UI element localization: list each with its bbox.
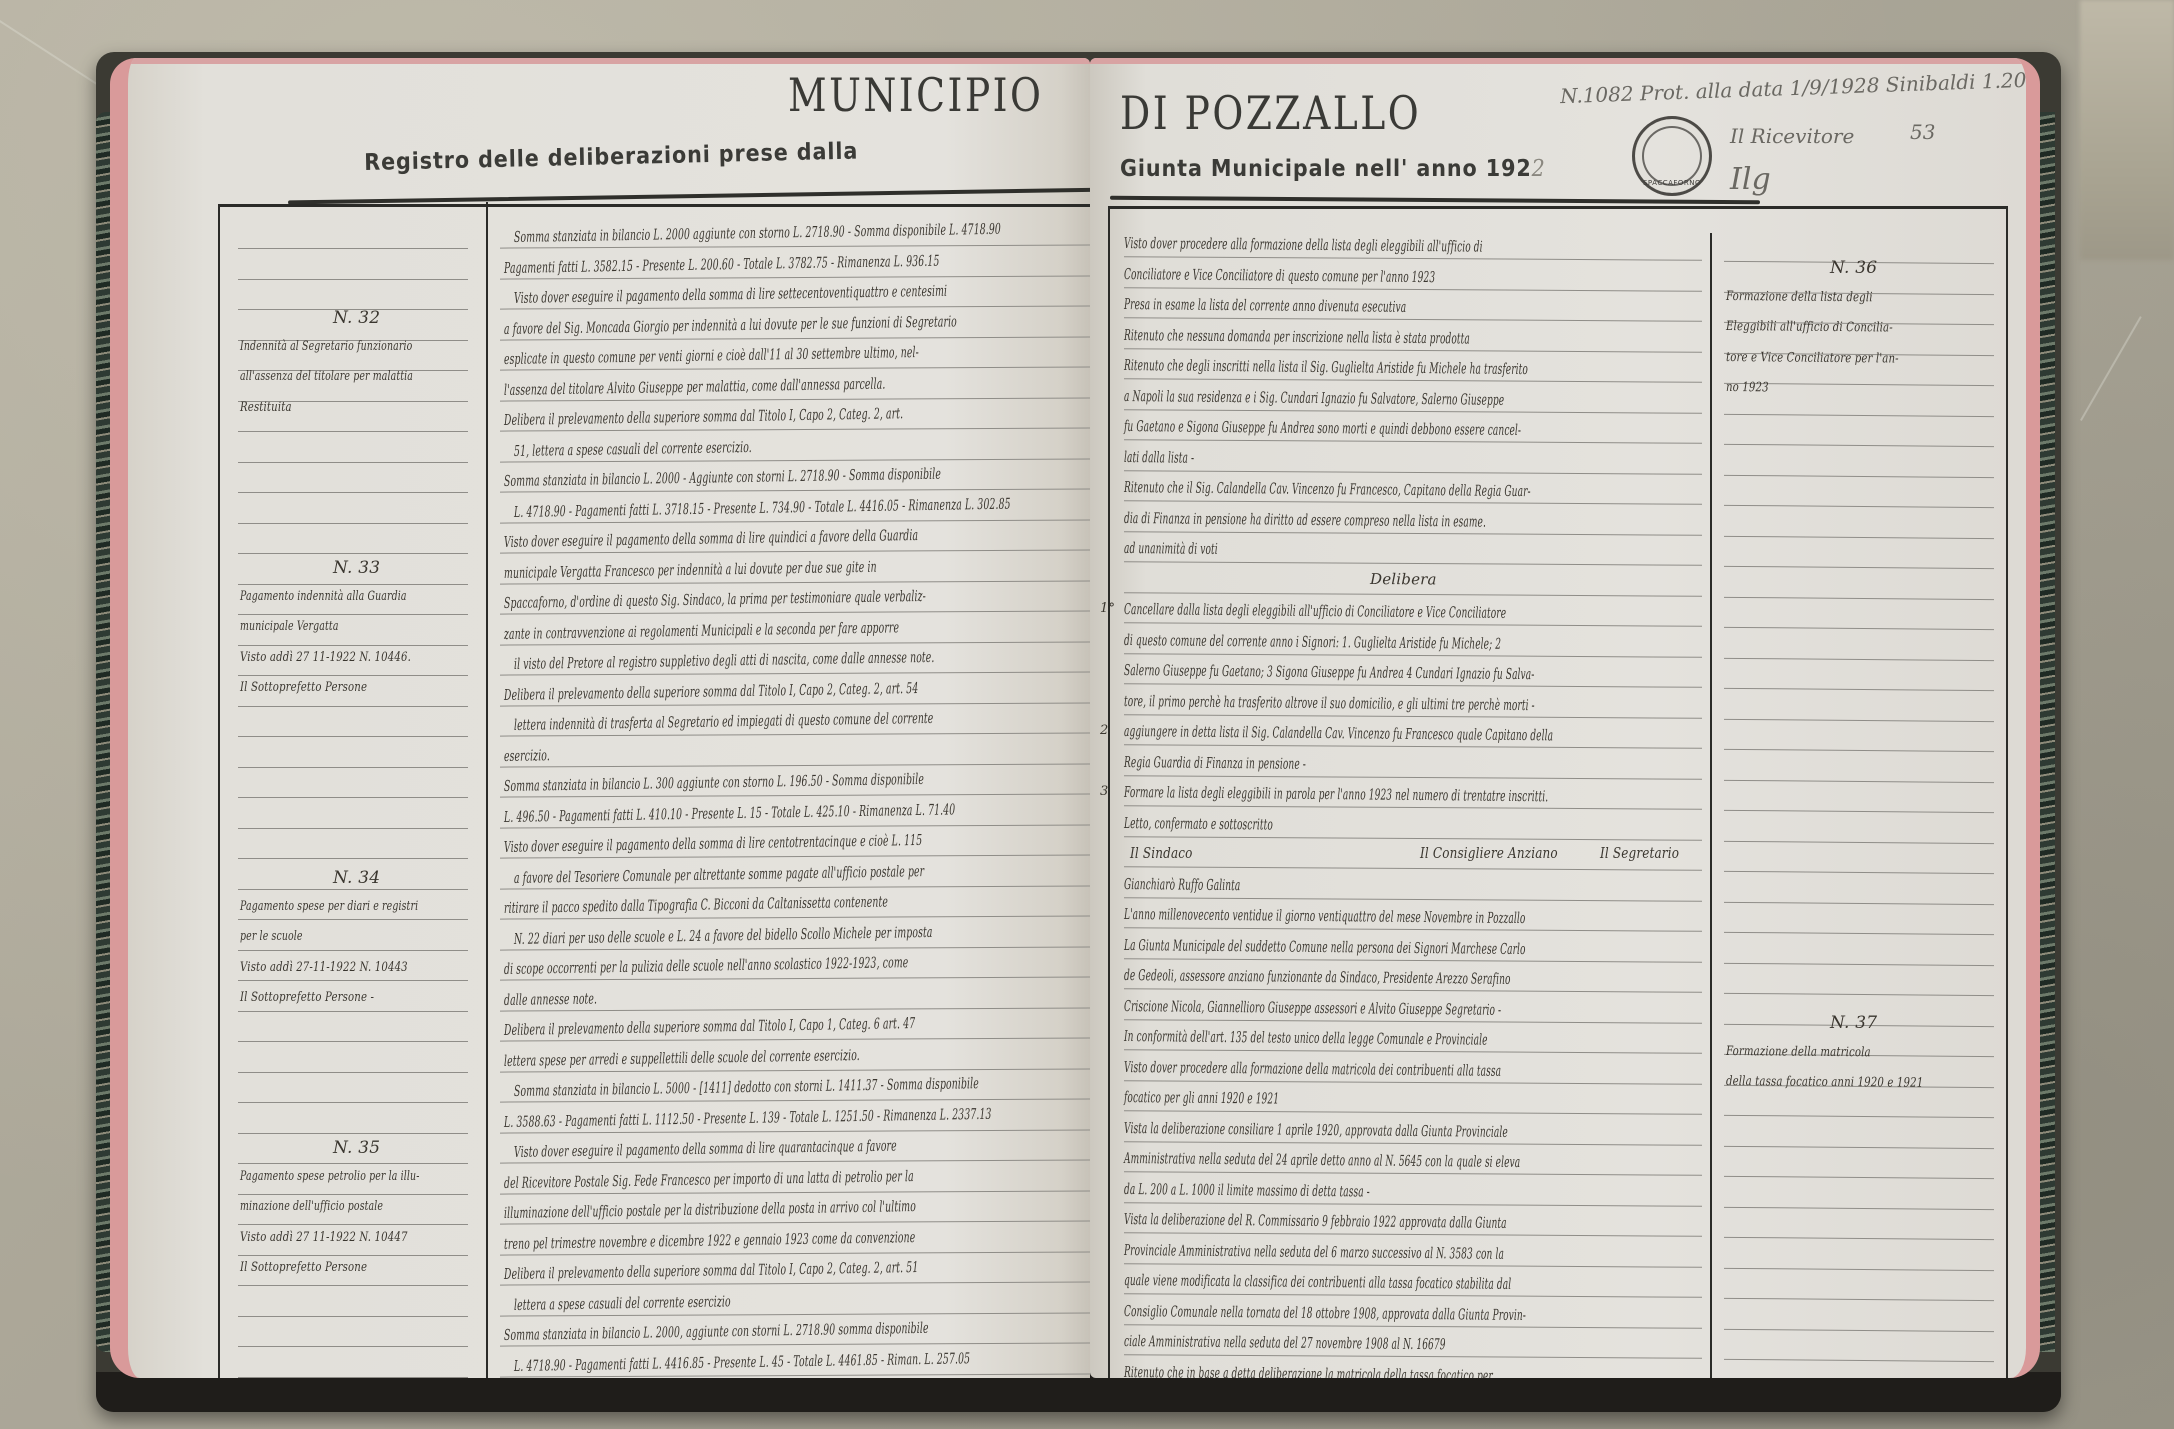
entry-subject: della tassa focatico anni 1920 e 1921 bbox=[1726, 1074, 1923, 1091]
handwritten-line: 51, lettera a spese casuali del corrente… bbox=[514, 437, 752, 459]
handwritten-line: In conformità dell'art. 135 del testo un… bbox=[1124, 1027, 1488, 1049]
entry-subject: Pagamento indennità alla Guardia bbox=[240, 589, 407, 604]
ruled-line bbox=[238, 645, 468, 646]
handwritten-line: La Giunta Municipale del suddetto Comune… bbox=[1124, 936, 1526, 958]
ruled-line bbox=[238, 584, 468, 585]
handwritten-line: Ritenuto che nessuna domanda per inscriz… bbox=[1124, 326, 1470, 348]
ruled-line bbox=[238, 767, 468, 768]
handwritten-line: Letto, confermato e sottoscritto bbox=[1124, 814, 1273, 834]
entry-note: Il Sottoprefetto Persone - bbox=[240, 990, 374, 1005]
ruled-line bbox=[238, 1316, 468, 1317]
header-subtitle-right: Giunta Municipale nell' anno 1922 bbox=[1120, 156, 1546, 182]
handwritten-line: Provinciale Amministrativa nella seduta … bbox=[1124, 1241, 1504, 1263]
handwritten-line: esercizio. bbox=[504, 746, 550, 765]
handwritten-line: ciale Amministrativa nella seduta del 27… bbox=[1124, 1332, 1446, 1353]
ruled-line bbox=[238, 858, 468, 859]
handwritten-line: Conciliatore e Vice Conciliatore di ques… bbox=[1124, 265, 1435, 286]
handwritten-line: Consiglio Comunale nella tornata del 18 … bbox=[1124, 1302, 1526, 1324]
entry-subject: municipale Vergatta bbox=[240, 619, 339, 634]
header-subtitle-left: Registro delle deliberazioni prese dalla bbox=[364, 139, 858, 176]
page-top-edge bbox=[1090, 58, 2026, 64]
ruled-line bbox=[238, 431, 468, 432]
ruled-line bbox=[238, 1285, 468, 1286]
entry-subject: all'assenza del titolare per malattia bbox=[240, 369, 413, 384]
ruled-line bbox=[238, 889, 468, 890]
entry-number: N. 32 bbox=[333, 308, 380, 328]
handwritten-line: lettera a spese casuali del corrente ese… bbox=[514, 1292, 731, 1314]
ruled-line bbox=[238, 1224, 468, 1225]
book-cover-bottom bbox=[96, 1372, 2061, 1412]
entry-subject: Eleggibili all'ufficio di Concilia- bbox=[1726, 319, 1893, 335]
entry-subject: no 1923 bbox=[1726, 380, 1769, 395]
ruled-line bbox=[238, 462, 468, 463]
entry-number: N. 34 bbox=[333, 868, 380, 888]
entry-note: Visto addì 27 11-1922 N. 10446. bbox=[240, 650, 411, 665]
ruled-line bbox=[238, 1133, 468, 1134]
handwritten-line: dia di Finanza in pensione ha diritto ad… bbox=[1124, 509, 1486, 531]
handwritten-line: da L. 200 a L. 1000 il limite massimo di… bbox=[1124, 1180, 1370, 1201]
entry-subject: Pagamento spese petrolio per la illu- bbox=[240, 1169, 420, 1184]
stamp-text: SPACCAFORNO bbox=[1635, 179, 1709, 187]
ruled-line bbox=[238, 1377, 468, 1378]
ruled-line bbox=[238, 919, 468, 920]
handwritten-line: Criscione Nicola, Giannellioro Giuseppe … bbox=[1124, 997, 1501, 1019]
entry-number: N. 35 bbox=[333, 1138, 380, 1158]
header-rule-left bbox=[288, 188, 1090, 205]
left-page: MUNICIPIO Registro delle deliberazioni p… bbox=[110, 58, 1090, 1378]
ruled-line bbox=[238, 523, 468, 524]
header-title-left: MUNICIPIO bbox=[788, 68, 1043, 122]
handwritten-line: Visto dover procedere alla formazione de… bbox=[1124, 234, 1483, 256]
pencil-initials: Ilg bbox=[1730, 162, 1771, 197]
left-column-divider bbox=[486, 202, 488, 1378]
entry-subject: per le scuole bbox=[240, 929, 303, 944]
ruled-line bbox=[238, 950, 468, 951]
ruled-line bbox=[238, 1194, 468, 1195]
pencil-note-receiver: Il Ricevitore bbox=[1730, 124, 1854, 148]
ruled-line bbox=[238, 828, 468, 829]
ruled-line bbox=[238, 1255, 468, 1256]
entry-subject: Formazione della lista degli bbox=[1726, 289, 1873, 305]
ruled-line bbox=[238, 1346, 468, 1347]
ruled-line bbox=[238, 675, 468, 676]
handwritten-line: Il Segretario bbox=[1600, 844, 1679, 862]
header-subtitle-text: Giunta Municipale nell' anno 192 bbox=[1120, 156, 1532, 182]
ruled-line bbox=[238, 980, 468, 981]
ruled-line bbox=[238, 553, 468, 554]
handwritten-line: ad unanimità di voti bbox=[1124, 539, 1218, 558]
entry-note: Visto addì 27 11-1922 N. 10447 bbox=[240, 1230, 408, 1245]
municipal-stamp: SPACCAFORNO bbox=[1632, 116, 1712, 196]
page-top-edge bbox=[128, 58, 1090, 64]
handwritten-line: Presa in esame la lista del corrente ann… bbox=[1124, 295, 1406, 316]
ruled-line bbox=[238, 492, 468, 493]
handwritten-line: lati dalla lista - bbox=[1124, 448, 1194, 467]
ruled-line bbox=[238, 1102, 468, 1103]
header-rule-right bbox=[1110, 196, 1760, 205]
ruled-line bbox=[238, 797, 468, 798]
clause-number: 2 bbox=[1100, 723, 1108, 738]
handwritten-line: Visto dover procedere alla formazione de… bbox=[1124, 1058, 1501, 1080]
ruled-line bbox=[238, 736, 468, 737]
handwritten-line: Il Sindaco bbox=[1130, 844, 1193, 862]
entry-note: Il Sottoprefetto Persone bbox=[240, 680, 367, 695]
ruled-line bbox=[238, 1041, 468, 1042]
ruled-line bbox=[238, 706, 468, 707]
entry-subject: minazione dell'ufficio postale bbox=[240, 1199, 383, 1214]
ruled-line bbox=[238, 614, 468, 615]
entry-subject: Indennità al Segretario funzionario bbox=[240, 339, 412, 354]
ruled-line bbox=[238, 1072, 468, 1073]
entry-number: N. 36 bbox=[1830, 258, 1877, 278]
handwritten-line: di questo comune del corrente anno i Sig… bbox=[1124, 631, 1501, 653]
pencil-note-protocol: N.1082 Prot. alla data 1/9/1928 Sinibald… bbox=[1560, 68, 2027, 108]
handwritten-line: focatico per gli anni 1920 e 1921 bbox=[1124, 1088, 1279, 1108]
handwritten-line: a Napoli la sua residenza e i Sig. Cunda… bbox=[1124, 387, 1504, 409]
handwritten-year-suffix: 2 bbox=[1532, 156, 1546, 182]
ruled-line bbox=[238, 248, 468, 249]
handwritten-line: Gianchiarò Ruffo Galinta bbox=[1124, 875, 1240, 894]
entry-number: N. 37 bbox=[1830, 1013, 1877, 1033]
open-register-book: MUNICIPIO Registro delle deliberazioni p… bbox=[96, 52, 2061, 1412]
entry-note: Restituita bbox=[240, 400, 292, 415]
header-title-right: DI POZZALLO bbox=[1120, 86, 1421, 140]
entry-note: Visto addì 27-11-1922 N. 10443 bbox=[240, 960, 408, 975]
clause-number: 3 bbox=[1100, 784, 1108, 799]
ruled-line bbox=[238, 1011, 468, 1012]
handwritten-line: Il Consigliere Anziano bbox=[1420, 844, 1558, 862]
handwritten-line: Delibera bbox=[1370, 570, 1437, 588]
ruled-line bbox=[238, 1163, 468, 1164]
ruled-line bbox=[238, 279, 468, 280]
entry-number: N. 33 bbox=[333, 558, 380, 578]
handwritten-line: tore, il primo perchè ha trasferito altr… bbox=[1124, 692, 1535, 714]
blurred-region bbox=[2080, 0, 2174, 260]
entry-subject: Formazione della matricola bbox=[1726, 1044, 1871, 1060]
right-page: DI POZZALLO Giunta Municipale nell' anno… bbox=[1090, 58, 2040, 1378]
handwritten-line: Regia Guardia di Finanza in pensione - bbox=[1124, 753, 1306, 773]
right-column-divider bbox=[1710, 233, 1712, 1378]
entry-note: Il Sottoprefetto Persone bbox=[240, 1260, 367, 1275]
handwritten-line: Vista la deliberazione consiliare 1 apri… bbox=[1124, 1119, 1508, 1141]
entry-subject: tore e Vice Conciliatore per l'an- bbox=[1726, 350, 1899, 367]
clause-number: 1° bbox=[1100, 601, 1115, 616]
entry-subject: Pagamento spese per diari e registri bbox=[240, 899, 418, 914]
handwritten-line: dalle annesse note. bbox=[504, 989, 597, 1009]
pencil-note-number: 53 bbox=[1910, 120, 1935, 144]
